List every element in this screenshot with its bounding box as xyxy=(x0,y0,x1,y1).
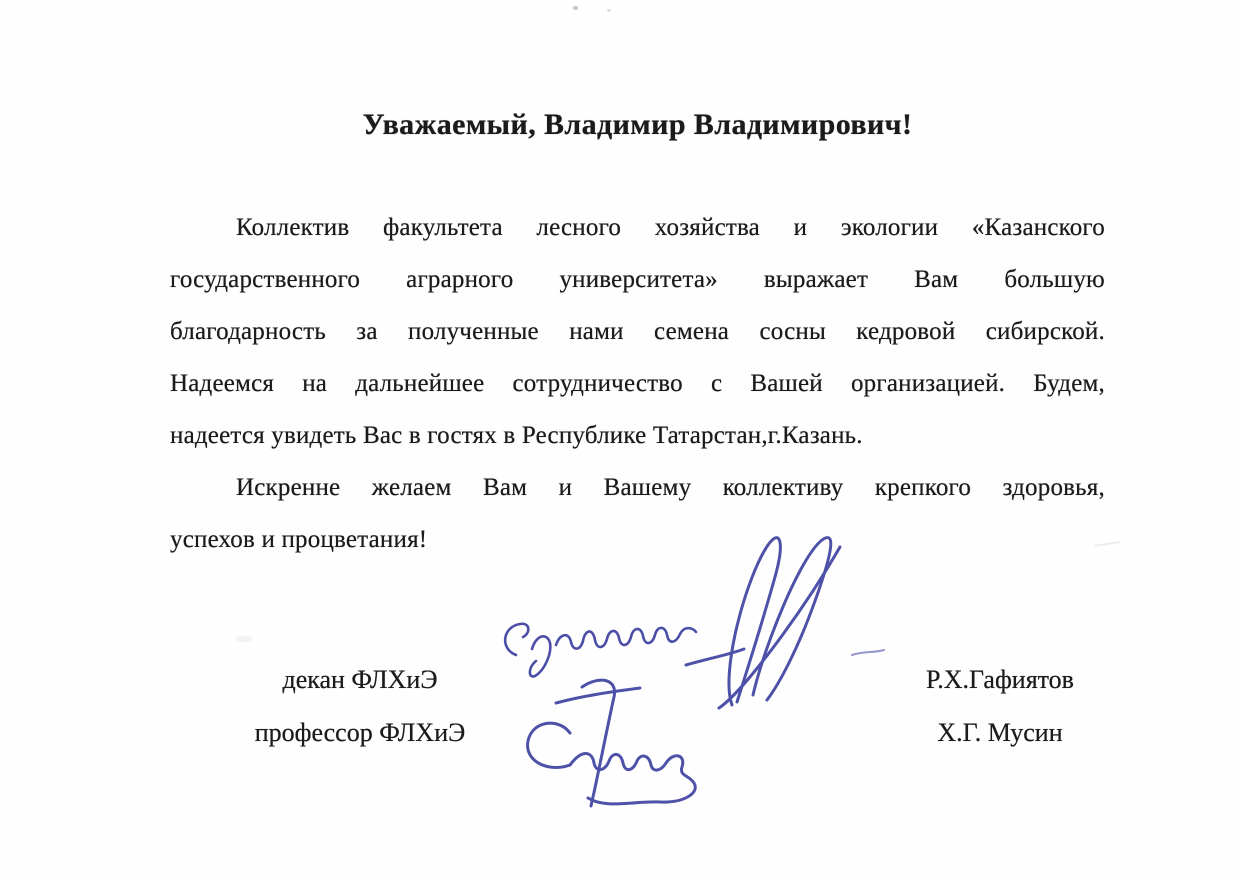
letter-word: дальнейшее xyxy=(355,358,484,410)
letter-word: благодарность xyxy=(170,306,326,358)
scan-speck xyxy=(607,9,611,12)
letter-word: государственного xyxy=(170,254,360,306)
signature-gafiyatov xyxy=(686,538,884,708)
letter-word: Будем, xyxy=(1033,358,1105,410)
letter-word: организацией. xyxy=(851,358,1005,410)
letter-word: Вашему xyxy=(604,462,692,514)
letter-word: аграрного xyxy=(406,254,513,306)
letter-word: экологии xyxy=(841,202,938,254)
handwriting-layer xyxy=(470,515,910,815)
letter-word: за xyxy=(356,306,377,358)
letter-word: Искренне xyxy=(236,462,340,514)
letter-word: и xyxy=(559,462,573,514)
letter-word: университета» xyxy=(559,254,717,306)
letter-word: на xyxy=(302,358,327,410)
letter-word: полученные xyxy=(408,306,539,358)
letter-word: сибирской. xyxy=(986,306,1105,358)
letter-word: с xyxy=(711,358,722,410)
letter-word: желаем xyxy=(372,462,452,514)
letter-line: государственногоаграрногоуниверситета»вы… xyxy=(170,254,1105,306)
letter-word: сосны xyxy=(759,306,826,358)
letter-title: Уважаемый, Владимир Владимирович! xyxy=(170,108,1105,142)
letter-word: семена xyxy=(654,306,729,358)
letter-line: Коллективфакультеталесногохозяйстваиэкол… xyxy=(170,202,1105,254)
scan-speck xyxy=(573,6,578,10)
letter-word: Вам xyxy=(483,462,527,514)
letter-word: и xyxy=(794,202,808,254)
letter-word: крепкого xyxy=(875,462,971,514)
letter-word: выражает xyxy=(764,254,868,306)
letter-line: благодарностьзаполученныенамисеменасосны… xyxy=(170,306,1105,358)
letter-word: коллективу xyxy=(723,462,844,514)
letter-word: «Казанского xyxy=(972,202,1105,254)
letter-page: Уважаемый, Владимир Владимирович! Коллек… xyxy=(0,0,1240,878)
handwritten-note-s-uvazheniem xyxy=(505,624,696,677)
letter-word: сотрудничество xyxy=(513,358,683,410)
letter-word: здоровья, xyxy=(1003,462,1105,514)
letter-word: лесного xyxy=(536,202,621,254)
letter-word: большую xyxy=(1004,254,1105,306)
letter-word: кедровой xyxy=(856,306,955,358)
letter-word: факультета xyxy=(383,202,503,254)
scan-smudge xyxy=(236,636,252,642)
letter-line: ИскреннежелаемВамиВашемуколлективукрепко… xyxy=(170,462,1105,514)
letter-word: Коллектив xyxy=(236,202,349,254)
letter-line: НадеемсянадальнейшеесотрудничествосВашей… xyxy=(170,358,1105,410)
letter-word: Вашей xyxy=(750,358,823,410)
letter-line: надеется увидеть Вас в гостях в Республи… xyxy=(170,410,1105,462)
letter-body: Коллективфакультеталесногохозяйстваиэкол… xyxy=(170,202,1105,566)
letter-word: Надеемся xyxy=(170,358,274,410)
letter-word: хозяйства xyxy=(655,202,760,254)
signature-musin xyxy=(528,680,696,806)
letter-word: Вам xyxy=(914,254,958,306)
letter-word: нами xyxy=(569,306,623,358)
